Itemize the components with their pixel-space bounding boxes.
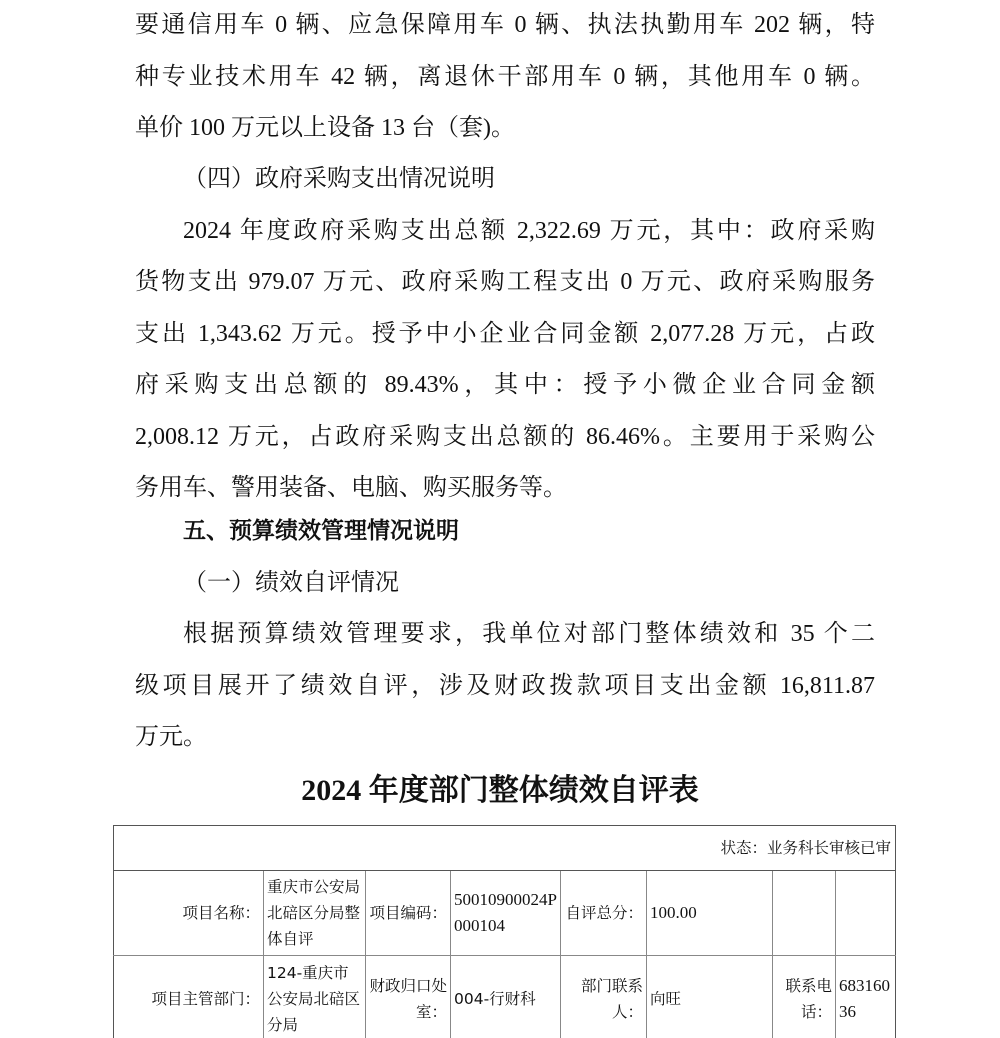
department-label: 项目主管部门： — [114, 956, 264, 1038]
finance-office-value: 004-行财科 — [451, 956, 561, 1038]
status-row: 状态：业务科长审核已审 — [114, 826, 896, 871]
section-heading-procurement: （四）政府采购支出情况说明 — [135, 154, 875, 206]
score-label: 自评总分： — [561, 871, 647, 956]
table-row: 项目主管部门： 124-重庆市公安局北碚区分局 财政归口处室： 004-行财科 … — [114, 956, 896, 1038]
contact-value: 向旺 — [647, 956, 773, 1038]
text-line: 单价 100 万元以上设备 13 台（套)。 — [135, 103, 875, 155]
status-text: 状态：业务科长审核已审 — [114, 826, 896, 871]
text-line: 万元。 — [135, 712, 875, 764]
empty-cell — [836, 871, 896, 956]
procurement-section: （四）政府采购支出情况说明 2024 年度政府采购支出总额 2,322.69 万… — [135, 154, 875, 515]
text-line: 货物支出 979.07 万元、政府采购工程支出 0 万元、政府采购服务 — [135, 257, 875, 309]
evaluation-table: 状态：业务科长审核已审 项目名称： 重庆市公安局北碚区分局整体自评 项目编码： … — [113, 825, 896, 1038]
score-value: 100.00 — [647, 871, 773, 956]
project-code-value: 50010900024P000104 — [451, 871, 561, 956]
text-line: 府采购支出总额的 89.43%，其中：授予小微企业合同金额 — [135, 360, 875, 412]
evaluation-table-title: 2024 年度部门整体绩效自评表 — [0, 765, 1000, 809]
phone-label: 联系电话： — [773, 956, 836, 1038]
section-heading-performance: 五、预算绩效管理情况说明 — [135, 506, 875, 558]
text-line: 种专业技术用车 42 辆，离退休干部用车 0 辆，其他用车 0 辆。 — [135, 52, 875, 104]
project-name-label: 项目名称： — [114, 871, 264, 956]
text-line: 2024 年度政府采购支出总额 2,322.69 万元，其中：政府采购 — [135, 206, 875, 258]
department-value: 124-重庆市公安局北碚区分局 — [264, 956, 366, 1038]
text-line: 2,008.12 万元，占政府采购支出总额的 86.46%。主要用于采购公 — [135, 412, 875, 464]
performance-section: 五、预算绩效管理情况说明 （一）绩效自评情况 根据预算绩效管理要求，我单位对部门… — [135, 506, 875, 764]
vehicles-paragraph: 要通信用车 0 辆、应急保障用车 0 辆、执法执勤用车 202 辆，特 种专业技… — [135, 0, 875, 155]
text-line: 根据预算绩效管理要求，我单位对部门整体绩效和 35 个二 — [135, 609, 875, 661]
contact-label: 部门联系人： — [561, 956, 647, 1038]
project-code-label: 项目编码： — [366, 871, 451, 956]
project-name-value: 重庆市公安局北碚区分局整体自评 — [264, 871, 366, 956]
phone-value: 68316036 — [836, 956, 896, 1038]
table-row: 项目名称： 重庆市公安局北碚区分局整体自评 项目编码： 50010900024P… — [114, 871, 896, 956]
subsection-heading-self-eval: （一）绩效自评情况 — [135, 558, 875, 610]
text-line: 要通信用车 0 辆、应急保障用车 0 辆、执法执勤用车 202 辆，特 — [135, 0, 875, 52]
text-line: 支出 1,343.62 万元。授予中小企业合同金额 2,077.28 万元，占政 — [135, 309, 875, 361]
finance-office-label: 财政归口处室： — [366, 956, 451, 1038]
empty-cell — [773, 871, 836, 956]
text-line: 级项目展开了绩效自评，涉及财政拨款项目支出金额 16,811.87 — [135, 661, 875, 713]
